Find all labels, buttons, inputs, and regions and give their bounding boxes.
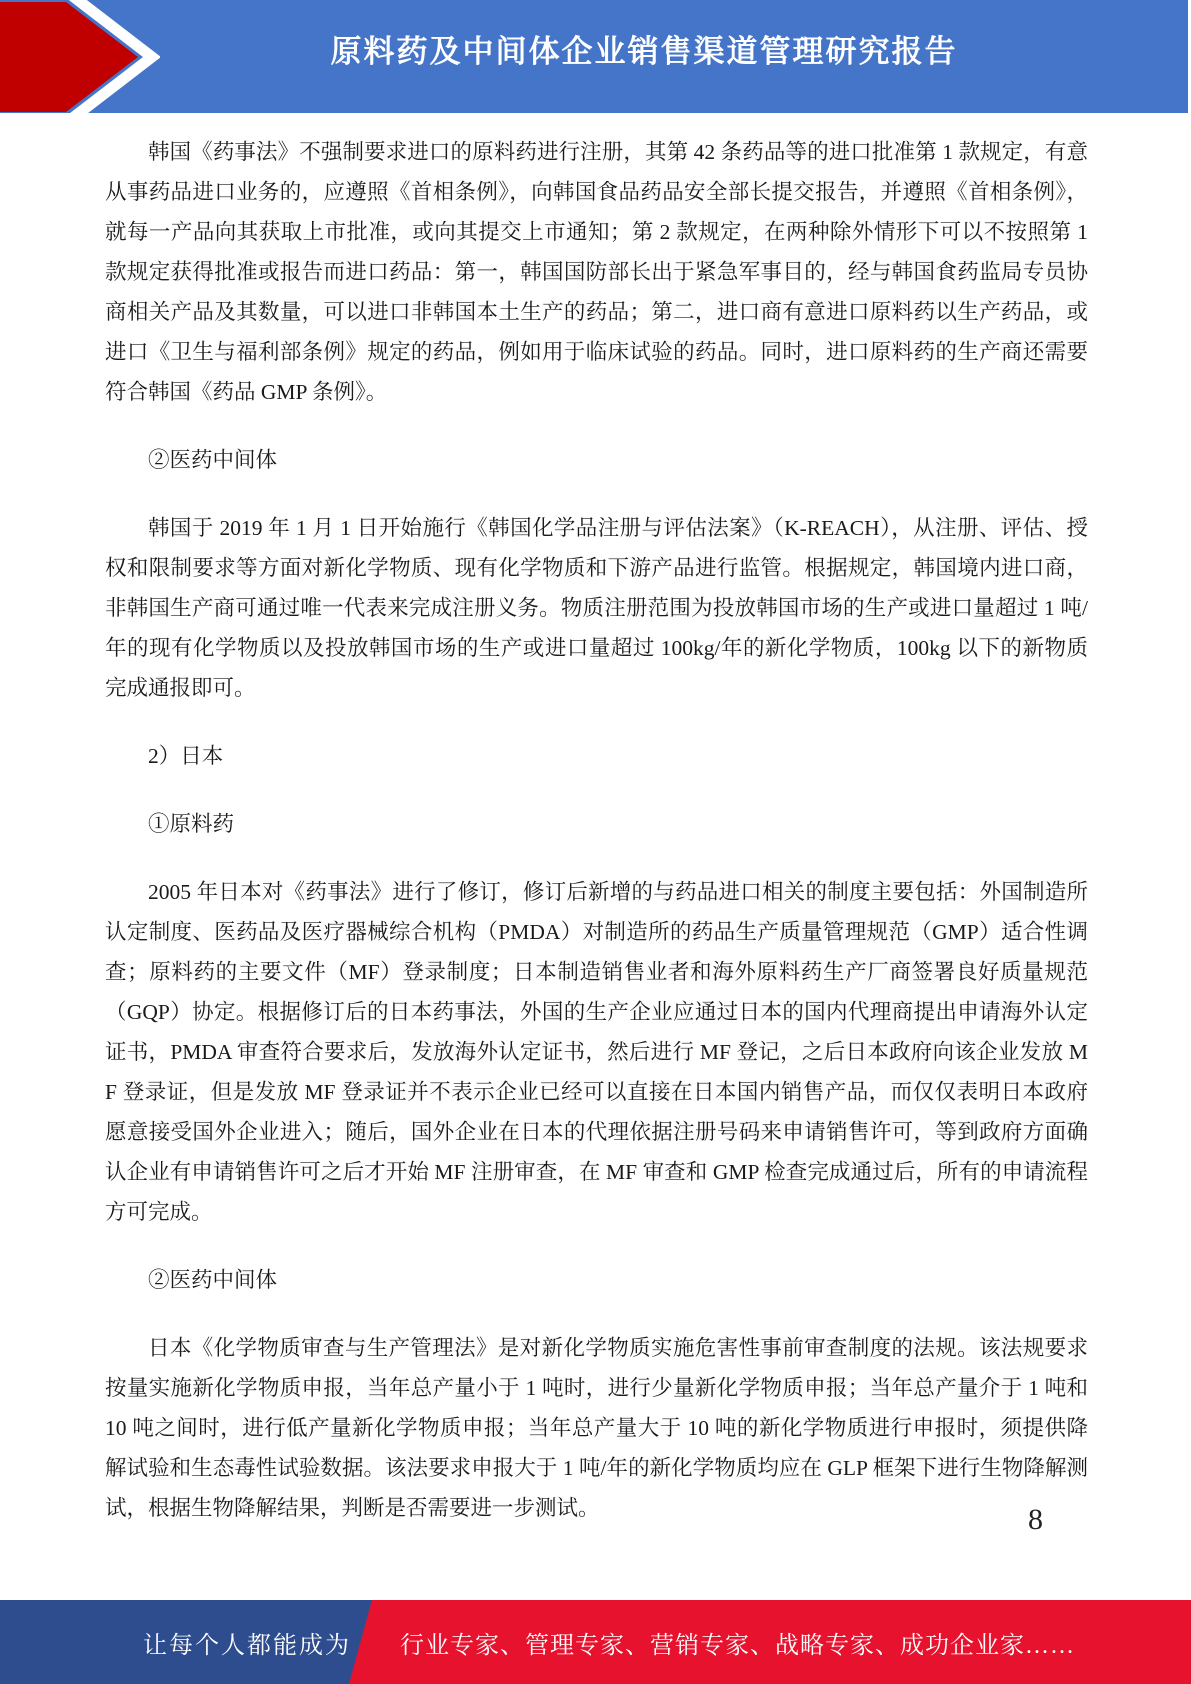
- report-title: 原料药及中间体企业销售渠道管理研究报告: [160, 0, 1128, 96]
- paragraph: 韩国《药事法》不强制要求进口的原料药进行注册，其第 42 条药品等的进口批准第 …: [105, 132, 1088, 412]
- page-number: 8: [1028, 1503, 1043, 1537]
- page-footer: 让每个人都能成为 行业专家、管理专家、营销专家、战略专家、成功企业家……: [0, 1600, 1191, 1684]
- section-heading: ②医药中间体: [105, 440, 1088, 480]
- footer-slogan-right: 行业专家、管理专家、营销专家、战略专家、成功企业家……: [400, 1600, 1151, 1684]
- body-content: 韩国《药事法》不强制要求进口的原料药进行注册，其第 42 条药品等的进口批准第 …: [105, 113, 1088, 1556]
- paragraph: 2005 年日本对《药事法》进行了修订，修订后新增的与药品进口相关的制度主要包括…: [105, 872, 1088, 1232]
- paragraph: 日本《化学物质审查与生产管理法》是对新化学物质实施危害性事前审查制度的法规。该法…: [105, 1328, 1088, 1528]
- section-heading: 2）日本: [105, 736, 1088, 776]
- section-heading: ①原料药: [105, 804, 1088, 844]
- page-header: 原料药及中间体企业销售渠道管理研究报告: [0, 0, 1188, 113]
- section-heading: ②医药中间体: [105, 1260, 1088, 1300]
- document-page: 原料药及中间体企业销售渠道管理研究报告 韩国《药事法》不强制要求进口的原料药进行…: [0, 0, 1191, 1684]
- footer-slogan-left: 让每个人都能成为: [143, 1600, 343, 1684]
- paragraph: 韩国于 2019 年 1 月 1 日开始施行《韩国化学品注册与评估法案》（K-R…: [105, 508, 1088, 708]
- red-arrow-icon: [0, 0, 160, 113]
